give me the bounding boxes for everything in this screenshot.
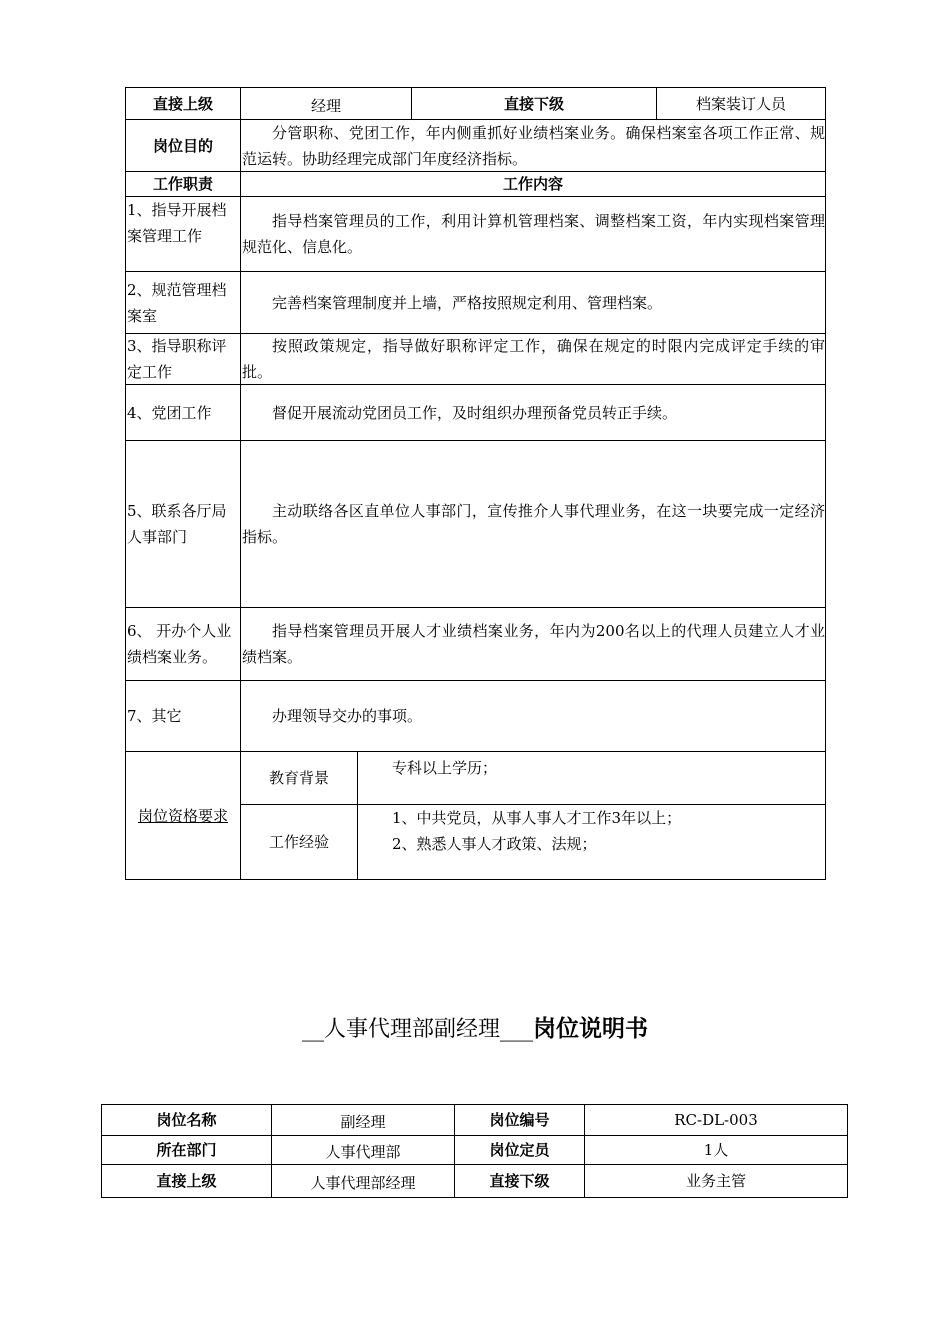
cell-text: 岗位编号: [489, 1107, 549, 1133]
duty-label-3: 3、指导职称评定工作: [125, 333, 241, 385]
cell-text: RC-DL-003: [674, 1107, 758, 1133]
title-suffix: 岗位说明书: [533, 1016, 648, 1042]
duty-label-text: 5、联系各厅局人事部门: [126, 498, 240, 550]
duty-label-text: 3、指导职称评定工作: [126, 333, 240, 385]
duty-content-2: 完善档案管理制度并上墙，严格按照规定利用、管理档案。: [240, 271, 826, 334]
duties-header: 工作职责: [125, 171, 241, 197]
superior-label-2: 直接上级: [101, 1164, 272, 1198]
purpose-content: 分管职称、党团工作，年内侧重抓好业绩档案业务。确保档案室各项工作正常、规范运转。…: [240, 119, 826, 172]
superior-value-text: 经理: [311, 93, 341, 119]
duty-label-5: 5、联系各厅局人事部门: [125, 440, 241, 608]
experience-line: 2、熟悉人事人才政策、法规；: [392, 831, 825, 857]
department-label: 所在部门: [101, 1135, 272, 1165]
superior-value-2: 人事代理部经理: [271, 1164, 455, 1198]
duty-content-6: 指导档案管理员开展人才业绩档案业务，年内为200名以上的代理人员建立人才业绩档案…: [240, 607, 826, 681]
position-code-value: RC-DL-003: [584, 1104, 848, 1136]
headcount-value: 1人: [584, 1135, 848, 1165]
duty-content-3: 按照政策规定，指导做好职称评定工作，确保在规定的时限内完成评定手续的审批。: [240, 333, 826, 385]
education-label: 教育背景: [240, 751, 358, 805]
cell-text: 1人: [704, 1137, 729, 1163]
subordinate-label-text: 直接下级: [504, 91, 564, 117]
position-code-label: 岗位编号: [454, 1104, 585, 1136]
headcount-label: 岗位定员: [454, 1135, 585, 1165]
duty-label-text: 4、党团工作: [126, 400, 212, 426]
duty-label-text: 1、指导开展档案管理工作: [126, 197, 240, 249]
qualifications-label: 岗位资格要求: [125, 751, 241, 880]
duty-content-7: 办理领导交办的事项。: [240, 680, 826, 752]
education-value: 专科以上学历；: [357, 751, 826, 805]
experience-value: 1、中共党员，从事人事人才工作3年以上； 2、熟悉人事人才政策、法规；: [357, 804, 826, 880]
duty-content-text: 完善档案管理制度并上墙，严格按照规定利用、管理档案。: [241, 290, 825, 316]
cell-text: 所在部门: [156, 1137, 216, 1163]
cell-text: 人事代理部经理: [310, 1170, 415, 1196]
education-label-text: 教育背景: [269, 765, 329, 791]
department-value: 人事代理部: [271, 1135, 455, 1165]
section-title: __人事代理部副经理___岗位说明书: [0, 1010, 950, 1043]
duty-label-text: 2、规范管理档案室: [126, 277, 240, 329]
duty-label-2: 2、规范管理档案室: [125, 271, 241, 334]
experience-label-text: 工作经验: [269, 829, 329, 855]
superior-label-text: 直接上级: [153, 91, 213, 117]
superior-value: 经理: [240, 87, 412, 120]
purpose-text: 分管职称、党团工作，年内侧重抓好业绩档案业务。确保档案室各项工作正常、规范运转。…: [241, 120, 825, 172]
education-value-text: 专科以上学历；: [392, 759, 497, 777]
purpose-label-text: 岗位目的: [153, 133, 213, 159]
qualifications-label-text: 岗位资格要求: [138, 803, 228, 829]
position-name-label: 岗位名称: [101, 1104, 272, 1136]
cell-text: 岗位名称: [156, 1107, 216, 1133]
duty-label-7: 7、其它: [125, 680, 241, 752]
duty-content-text: 指导档案管理员的工作，利用计算机管理档案、调整档案工资，年内实现档案管理规范化、…: [241, 208, 825, 260]
duty-content-text: 办理领导交办的事项。: [241, 703, 825, 729]
duty-content-4: 督促开展流动党团员工作，及时组织办理预备党员转正手续。: [240, 384, 826, 441]
content-header: 工作内容: [240, 171, 826, 197]
duty-content-text: 督促开展流动党团员工作，及时组织办理预备党员转正手续。: [241, 400, 825, 426]
content-header-text: 工作内容: [503, 171, 563, 197]
duty-content-1: 指导档案管理员的工作，利用计算机管理档案、调整档案工资，年内实现档案管理规范化、…: [240, 196, 826, 272]
duty-label-1: 1、指导开展档案管理工作: [125, 196, 241, 272]
cell-text: 副经理: [340, 1109, 385, 1135]
duty-content-text: 指导档案管理员开展人才业绩档案业务，年内为200名以上的代理人员建立人才业绩档案…: [241, 618, 825, 670]
subordinate-value-2: 业务主管: [584, 1164, 848, 1198]
position-name-value: 副经理: [271, 1104, 455, 1136]
subordinate-label: 直接下级: [411, 87, 657, 120]
cell-text: 岗位定员: [489, 1137, 549, 1163]
duty-content-text: 主动联络各区直单位人事部门，宣传推介人事代理业务，在这一块要完成一定经济指标。: [241, 498, 825, 550]
purpose-label: 岗位目的: [125, 119, 241, 172]
subordinate-value-text: 档案装订人员: [696, 91, 786, 117]
cell-text: 业务主管: [686, 1168, 746, 1194]
position-name: 人事代理部副经理: [324, 1017, 500, 1042]
title-blank-suffix: ___: [500, 1017, 533, 1042]
duty-label-text: 7、其它: [126, 703, 182, 729]
subordinate-label-2: 直接下级: [454, 1164, 585, 1198]
title-blank-prefix: __: [302, 1017, 324, 1042]
experience-label: 工作经验: [240, 804, 358, 880]
duty-content-text: 按照政策规定，指导做好职称评定工作，确保在规定的时限内完成评定手续的审批。: [241, 333, 825, 385]
duty-label-4: 4、党团工作: [125, 384, 241, 441]
cell-text: 人事代理部: [325, 1139, 400, 1165]
experience-line: 1、中共党员，从事人事人才工作3年以上；: [392, 805, 825, 831]
superior-label: 直接上级: [125, 87, 241, 120]
cell-text: 直接下级: [489, 1168, 549, 1194]
duty-label-text: 6、 开办个人业绩档案业务。: [126, 618, 240, 670]
duty-content-5: 主动联络各区直单位人事部门，宣传推介人事代理业务，在这一块要完成一定经济指标。: [240, 440, 826, 608]
duties-header-text: 工作职责: [153, 171, 213, 197]
subordinate-value: 档案装订人员: [656, 87, 826, 120]
cell-text: 直接上级: [156, 1168, 216, 1194]
duty-label-6: 6、 开办个人业绩档案业务。: [125, 607, 241, 681]
